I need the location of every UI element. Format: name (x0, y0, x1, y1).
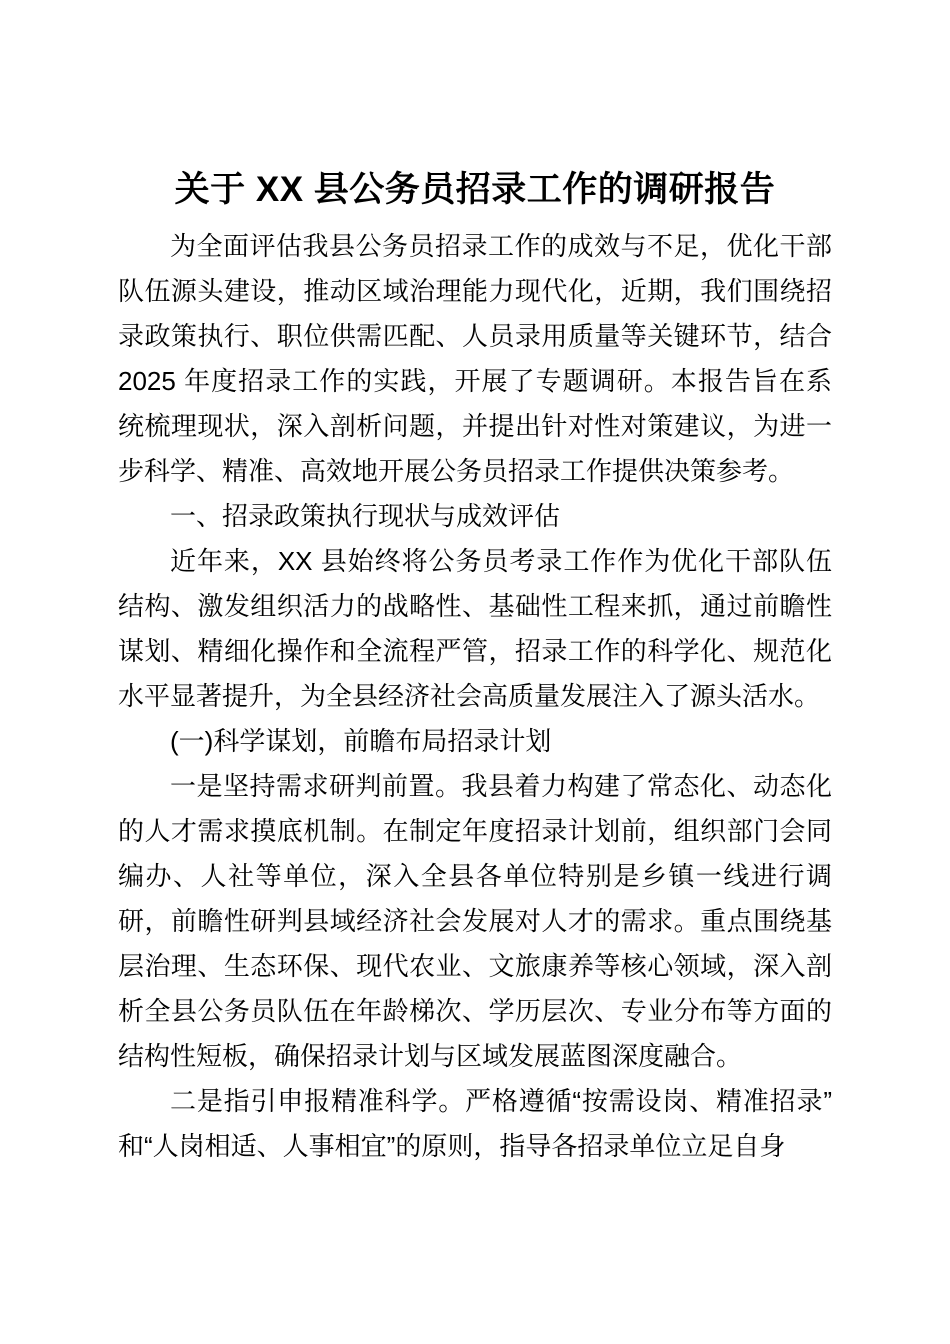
section-heading-1: 一、招录政策执行现状与成效评估 (118, 494, 832, 539)
subsection-heading-1-1: (一)科学谋划，前瞻布局招录计划 (118, 719, 832, 764)
document-title: 关于 XX 县公务员招录工作的调研报告 (118, 166, 832, 214)
paragraph-point-one: 一是坚持需求研判前置。我县着力构建了常态化、动态化的人才需求摸底机制。在制定年度… (118, 764, 832, 1079)
paragraph-point-two-truncated: 二是指引申报精准科学。严格遵循“按需设岗、精准招录”和“人岗相适、人事相宜”的原… (118, 1079, 832, 1169)
paragraph-intro: 为全面评估我县公务员招录工作的成效与不足，优化干部队伍源头建设，推动区域治理能力… (118, 224, 832, 494)
paragraph-section1-overview: 近年来，XX 县始终将公务员考录工作作为优化干部队伍结构、激发组织活力的战略性、… (118, 539, 832, 719)
document-page: 关于 XX 县公务员招录工作的调研报告 为全面评估我县公务员招录工作的成效与不足… (0, 0, 950, 1344)
